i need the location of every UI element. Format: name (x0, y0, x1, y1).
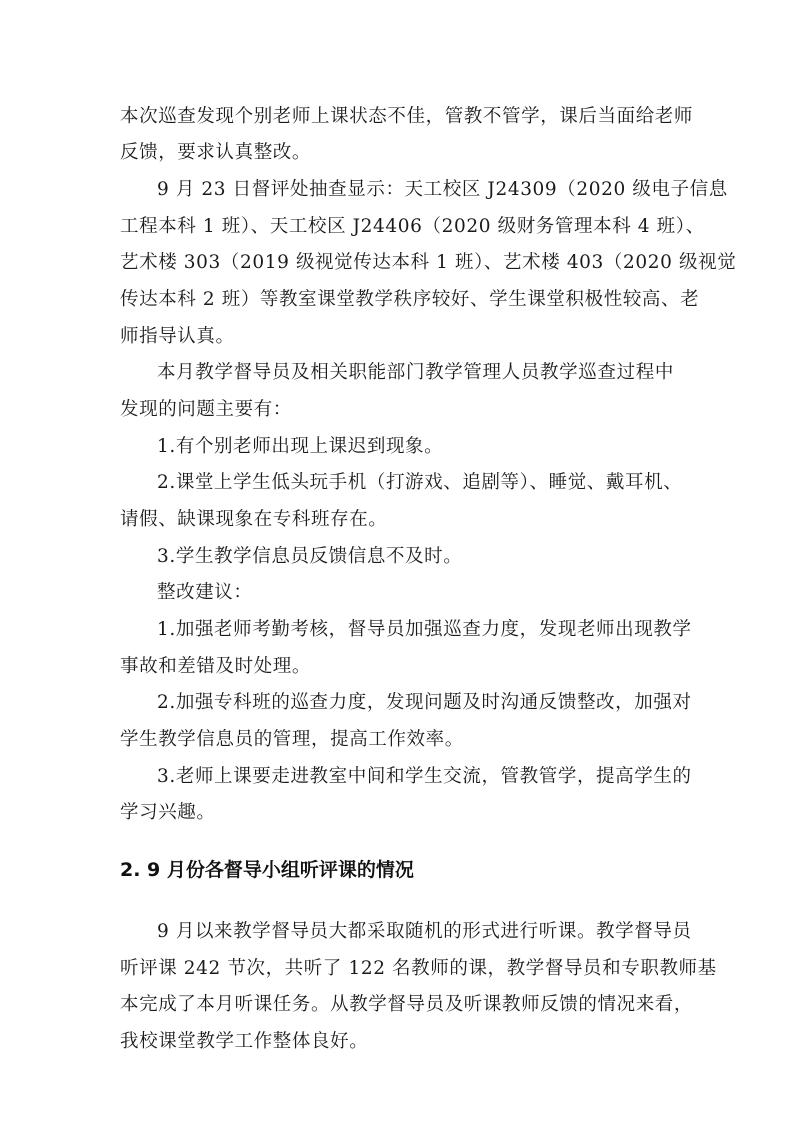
suggestion-item-2-cont: 学生教学信息员的管理，提高工作效率。 (120, 728, 674, 752)
section2-line: 9 月以来教学督导员大都采取随机的形式进行听课。教学督导员 (157, 920, 674, 944)
problems-intro-line: 本月教学督导员及相关职能部门教学管理人员教学巡查过程中 (157, 361, 674, 385)
suggestions-title: 整改建议： (157, 581, 674, 605)
section-heading: 2. 9 月份各督导小组听评课的情况 (120, 858, 414, 882)
problem-item-1: 1.有个别老师出现上课迟到现象。 (157, 435, 674, 459)
spot-check-line: 传达本科 2 班）等教室课堂教学秩序较好、学生课堂积极性较高、老 (120, 288, 674, 312)
section2-line: 听评课 242 节次，共听了 122 名教师的课，教学督导员和专职教师基 (120, 957, 674, 981)
spot-check-line: 9 月 23 日督评处抽查显示：天工校区 J24309（2020 级电子信息 (157, 178, 674, 202)
suggestion-item-1: 1.加强老师考勤考核，督导员加强巡查力度，发现老师出现教学 (157, 618, 674, 642)
suggestion-item-3-cont: 学习兴趣。 (120, 801, 674, 825)
spot-check-line: 师指导认真。 (120, 325, 674, 349)
body-text-line: 反馈，要求认真整改。 (120, 141, 674, 165)
problem-item-3: 3.学生教学信息员反馈信息不及时。 (157, 545, 674, 569)
problem-item-2-cont: 请假、缺课现象在专科班存在。 (120, 508, 674, 532)
problem-item-2: 2.课堂上学生低头玩手机（打游戏、追剧等）、睡觉、戴耳机、 (157, 471, 674, 495)
suggestion-item-2: 2.加强专科班的巡查力度，发现问题及时沟通反馈整改，加强对 (157, 691, 674, 715)
suggestion-item-1-cont: 事故和差错及时处理。 (120, 655, 674, 679)
section2-line: 我校课堂教学工作整体良好。 (120, 1030, 674, 1054)
problems-intro-line: 发现的问题主要有： (120, 398, 674, 422)
spot-check-line: 艺术楼 303（2019 级视觉传达本科 1 班）、艺术楼 403（2020 级… (120, 251, 674, 275)
document-page: 本次巡查发现个别老师上课状态不佳，管教不管学，课后当面给老师 反馈，要求认真整改… (0, 0, 793, 1122)
spot-check-line: 工程本科 1 班）、天工校区 J24406（2020 级财务管理本科 4 班）、 (120, 215, 674, 239)
section2-line: 本完成了本月听课任务。从教学督导员及听课教师反馈的情况来看， (120, 993, 674, 1017)
suggestion-item-3: 3.老师上课要走进教室中间和学生交流，管教管学，提高学生的 (157, 765, 674, 789)
body-text-line: 本次巡查发现个别老师上课状态不佳，管教不管学，课后当面给老师 (120, 105, 674, 129)
